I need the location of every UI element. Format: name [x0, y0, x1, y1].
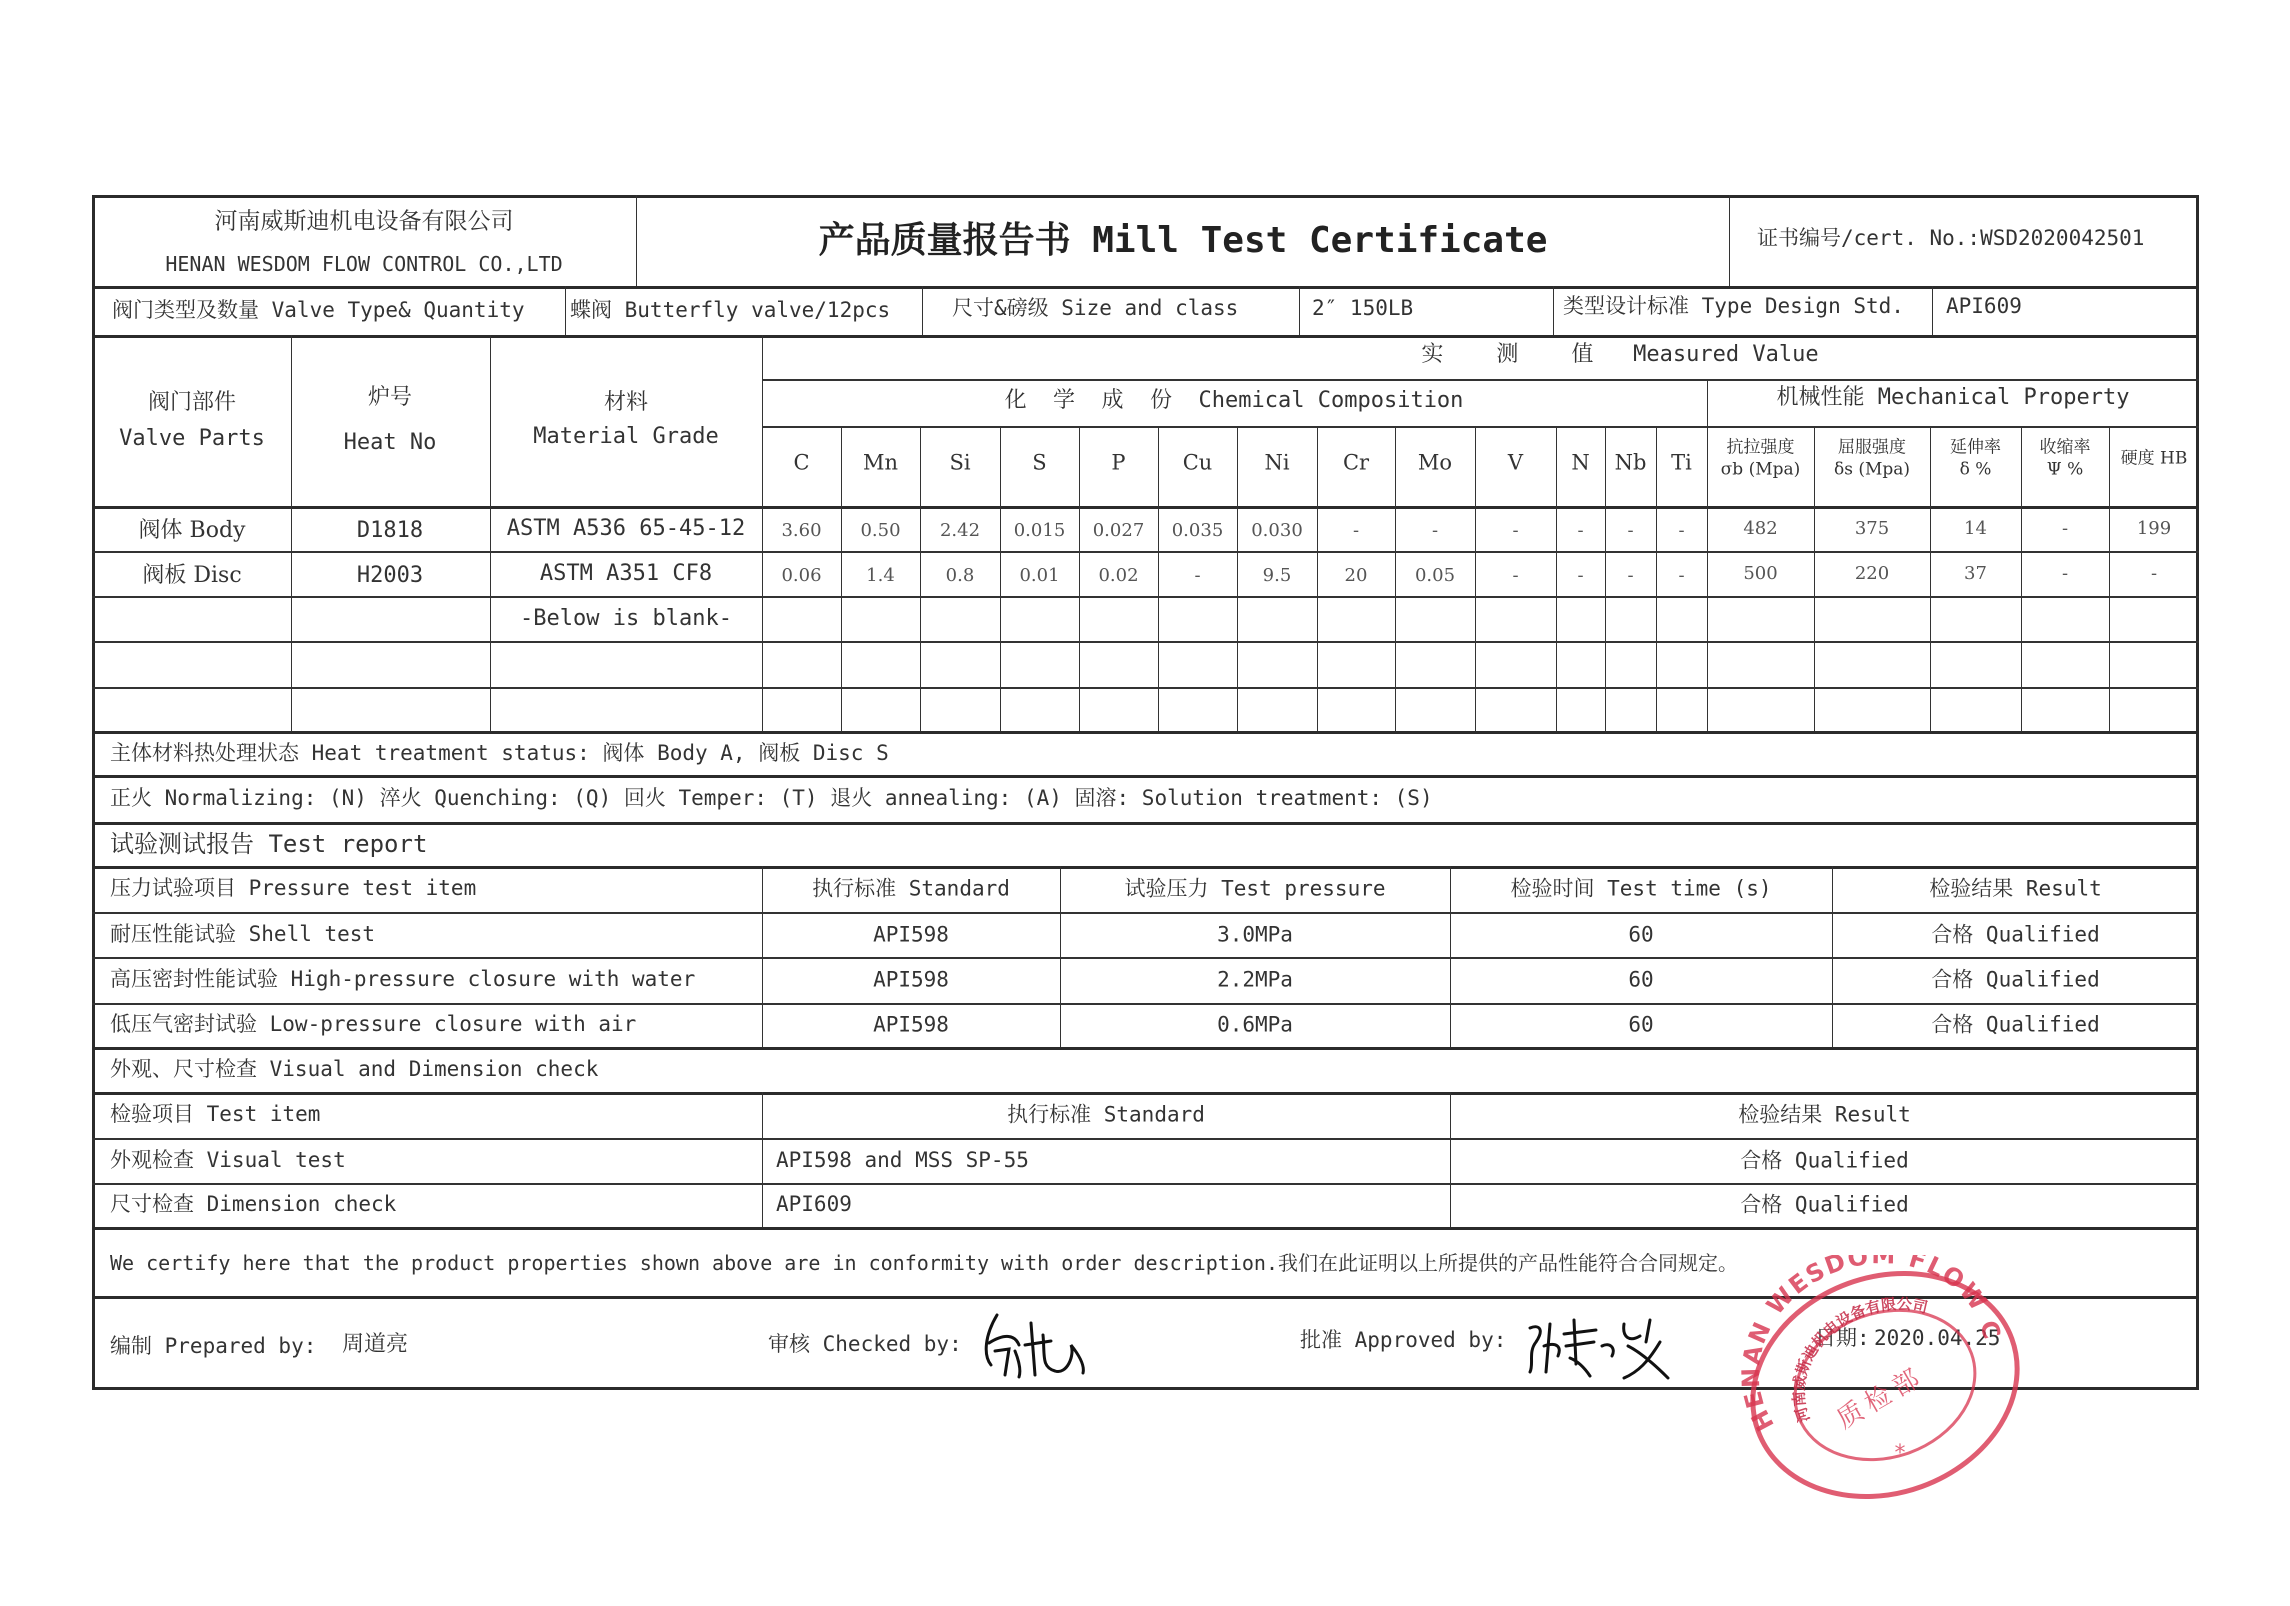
- chemical-composition-header: 化 学 成 份 Chemical Composition: [1005, 390, 1464, 412]
- chem-value: -: [1627, 522, 1633, 540]
- visual-test-item: 外观检查 Visual test: [110, 1150, 346, 1171]
- divider: [92, 1003, 2199, 1005]
- mech-header-line2: Ψ %: [2047, 462, 2083, 479]
- element-header: Si: [949, 453, 970, 474]
- chem-value: 3.60: [781, 522, 821, 540]
- divider: [1832, 866, 1833, 1047]
- element-header: Nb: [1615, 453, 1647, 474]
- divider: [92, 1047, 2199, 1050]
- divider: [92, 551, 2199, 553]
- valve-type-label: 阀门类型及数量 Valve Type& Quantity: [112, 300, 525, 321]
- divider: [762, 335, 763, 731]
- material-header-cn: 材料: [604, 392, 648, 414]
- valve-type-value: 蝶阀 Butterfly valve/12pcs: [570, 300, 890, 321]
- mill-test-certificate: 河南威斯迪机电设备有限公司 HENAN WESDOM FLOW CONTROL …: [0, 0, 2290, 1606]
- material-grade: -Below is blank-: [520, 608, 732, 630]
- pressure-header: 压力试验项目 Pressure test item: [110, 878, 476, 899]
- element-header: P: [1111, 453, 1125, 474]
- pressure-test-cell: 60: [1628, 1015, 1653, 1036]
- pressure-header: 试验压力 Test pressure: [1124, 879, 1385, 900]
- divider: [92, 1227, 2199, 1230]
- chem-value: 0.02: [1098, 567, 1138, 585]
- chem-value: 0.035: [1172, 522, 1224, 540]
- mech-header-line1: 屈服强度: [1838, 440, 1906, 457]
- divider: [1060, 866, 1061, 1047]
- heat-treatment-status: 主体材料热处理状态 Heat treatment status: 阀体 Body…: [110, 743, 889, 764]
- valve-part: 阀板 Disc: [142, 565, 241, 587]
- chem-value: -: [1353, 522, 1359, 540]
- element-header: Mo: [1418, 453, 1452, 474]
- divider: [92, 957, 2199, 959]
- divider: [1395, 426, 1396, 731]
- pressure-test-cell: API598: [873, 970, 949, 991]
- divider: [1450, 1092, 1451, 1227]
- pressure-header: 执行标准 Standard: [812, 879, 1010, 900]
- pressure-test-cell: 合格 Qualified: [1931, 1015, 2099, 1036]
- cert-number: 证书编号/cert. No.:WSD2020042501: [1757, 228, 2144, 249]
- mech-header-line2: δ %: [1960, 462, 1992, 479]
- mech-value: 482: [1743, 520, 1777, 538]
- element-header: Ni: [1264, 453, 1289, 474]
- element-header: Ti: [1671, 453, 1692, 474]
- pressure-test-cell: 0.6MPa: [1217, 1015, 1293, 1036]
- divider: [92, 866, 2199, 869]
- divider: [92, 596, 2199, 598]
- divider: [920, 426, 921, 731]
- divider: [1556, 426, 1557, 731]
- material-grade: ASTM A536 65-45-12: [507, 518, 745, 540]
- checked-by-label: 审核 Checked by:: [768, 1334, 962, 1355]
- pressure-test-cell: 2.2MPa: [1217, 970, 1293, 991]
- heat-number: D1818: [357, 520, 423, 542]
- divider: [1450, 866, 1451, 1047]
- company-name-cn: 河南威斯迪机电设备有限公司: [215, 211, 514, 234]
- chem-value: -: [1432, 522, 1438, 540]
- chem-value: 0.50: [860, 522, 900, 540]
- heat-number: H2003: [357, 565, 423, 587]
- design-std-value: API609: [1946, 296, 2022, 317]
- pressure-test-cell: 3.0MPa: [1217, 924, 1293, 945]
- divider: [92, 335, 2199, 338]
- divider: [762, 1092, 763, 1227]
- divider: [92, 1183, 2199, 1185]
- prepared-by-label: 编制 Prepared by:: [110, 1336, 316, 1357]
- pressure-test-cell: API598: [873, 1015, 949, 1036]
- size-value: 2″ 150LB: [1312, 298, 1413, 319]
- pressure-test-cell: 60: [1628, 924, 1653, 945]
- page-title: 产品质量报告书 Mill Test Certificate: [819, 223, 1548, 259]
- divider: [1299, 286, 1300, 335]
- divider: [1729, 195, 1730, 286]
- divider: [636, 195, 637, 286]
- divider: [1475, 426, 1476, 731]
- chem-value: 2.42: [940, 522, 980, 540]
- visual-test-result: 合格 Qualified: [1740, 1195, 1908, 1216]
- element-header: Mn: [863, 453, 898, 474]
- mech-header-line1: 延伸率: [1950, 440, 2001, 457]
- pressure-header: 检验时间 Test time (s): [1510, 879, 1771, 900]
- checked-by-signature: [975, 1305, 1115, 1385]
- design-std-label: 类型设计标准 Type Design Std.: [1563, 296, 1904, 317]
- visual-test-result: 合格 Qualified: [1740, 1150, 1908, 1171]
- mech-value: 500: [1743, 565, 1777, 583]
- divider: [762, 379, 2199, 381]
- heat-treatment-legend: 正火 Normalizing: (N) 淬火 Quenching: (Q) 回火…: [110, 788, 1433, 809]
- divider: [291, 335, 292, 731]
- chem-value: -: [1577, 567, 1583, 585]
- divider: [92, 775, 2199, 778]
- pressure-test-cell: 合格 Qualified: [1931, 970, 2099, 991]
- heat-no-header-en: Heat No: [344, 432, 437, 454]
- element-header: C: [793, 453, 809, 474]
- divider: [92, 641, 2199, 643]
- chem-value: -: [1678, 567, 1684, 585]
- chem-value: 20: [1345, 567, 1368, 585]
- mech-value: -: [2062, 565, 2068, 583]
- element-header: N: [1571, 453, 1589, 474]
- divider: [92, 912, 2199, 914]
- pressure-test-item: 高压密封性能试验 High-pressure closure with wate…: [110, 969, 695, 990]
- visual-test-item: 尺寸检查 Dimension check: [110, 1194, 396, 1215]
- divider: [1605, 426, 1606, 731]
- chem-value: -: [1194, 567, 1200, 585]
- mech-header-line2: σb (Mpa): [1721, 462, 1801, 479]
- valve-part: 阀体 Body: [139, 520, 246, 542]
- svg-text:*: *: [1895, 1441, 1906, 1466]
- divider: [1553, 286, 1554, 335]
- pressure-test-item: 低压气密封试验 Low-pressure closure with air: [110, 1014, 636, 1035]
- divider: [1158, 426, 1159, 731]
- divider: [92, 506, 2199, 509]
- chem-value: 1.4: [866, 567, 895, 585]
- approved-by-label: 批准 Approved by:: [1300, 1330, 1506, 1351]
- visual-test-standard: API609: [776, 1194, 852, 1215]
- divider: [2021, 426, 2022, 731]
- mech-header-line1: 收缩率: [2040, 440, 2091, 457]
- chem-value: -: [1512, 522, 1518, 540]
- mech-header-line1: 抗拉强度: [1727, 440, 1795, 457]
- visual-header: 检验项目 Test item: [110, 1104, 320, 1125]
- mechanical-property-header: 机械性能 Mechanical Property: [1777, 387, 2130, 409]
- pressure-test-cell: 合格 Qualified: [1931, 924, 2099, 945]
- divider: [1814, 426, 1815, 731]
- divider: [922, 286, 923, 335]
- divider: [92, 1092, 2199, 1095]
- valve-parts-header-en: Valve Parts: [119, 428, 265, 450]
- chem-value: 0.05: [1415, 567, 1455, 585]
- divider: [1930, 426, 1931, 731]
- divider: [1317, 426, 1318, 731]
- visual-header: 检验结果 Result: [1738, 1105, 1911, 1126]
- chem-value: -: [1627, 567, 1633, 585]
- svg-text:质检部: 质检部: [1832, 1361, 1930, 1435]
- mech-header: 硬度 HB: [2121, 451, 2188, 468]
- visual-header: 执行标准 Standard: [1007, 1105, 1205, 1126]
- chem-value: -: [1577, 522, 1583, 540]
- size-label: 尺寸&磅级 Size and class: [952, 298, 1238, 319]
- element-header: Cu: [1183, 453, 1213, 474]
- divider: [841, 426, 842, 731]
- chem-value: 0.030: [1251, 522, 1303, 540]
- divider: [762, 426, 2199, 428]
- material-header-en: Material Grade: [533, 426, 718, 448]
- company-name-en: HENAN WESDOM FLOW CONTROL CO.,LTD: [165, 254, 562, 274]
- mech-value: 199: [2137, 520, 2171, 538]
- chem-value: -: [1512, 567, 1518, 585]
- visual-test-standard: API598 and MSS SP-55: [776, 1150, 1029, 1171]
- chem-value: 0.8: [946, 567, 975, 585]
- divider: [92, 687, 2199, 689]
- chem-value: -: [1678, 522, 1684, 540]
- element-header: Cr: [1343, 453, 1369, 474]
- chem-value: 0.015: [1014, 522, 1066, 540]
- pressure-header: 检验结果 Result: [1929, 879, 2102, 900]
- mech-value: -: [2062, 520, 2068, 538]
- pressure-test-cell: 60: [1628, 970, 1653, 991]
- mech-value: -: [2151, 565, 2157, 583]
- divider: [2109, 426, 2110, 731]
- material-grade: ASTM A351 CF8: [540, 563, 712, 585]
- pressure-test-cell: API598: [873, 924, 949, 945]
- divider: [1707, 379, 1708, 731]
- divider: [762, 866, 763, 1047]
- divider: [92, 1138, 2199, 1140]
- mech-value: 14: [1964, 520, 1987, 538]
- measured-value-header: 实 测 值 Measured Value: [1421, 344, 1818, 366]
- divider: [92, 731, 2199, 734]
- divider: [1237, 426, 1238, 731]
- approved-by-signature: [1520, 1312, 1680, 1384]
- valve-parts-header-cn: 阀门部件: [148, 392, 236, 414]
- mech-value: 37: [1964, 565, 1987, 583]
- divider: [92, 286, 2199, 289]
- heat-no-header-cn: 炉号: [368, 387, 412, 409]
- pressure-test-item: 耐压性能试验 Shell test: [110, 924, 375, 945]
- prepared-by-name: 周道亮: [342, 1334, 408, 1356]
- mech-header-line2: δs (Mpa): [1834, 462, 1910, 479]
- divider: [565, 286, 566, 335]
- divider: [1656, 426, 1657, 731]
- chem-value: 0.01: [1019, 567, 1059, 585]
- chem-value: 0.06: [781, 567, 821, 585]
- visual-check-title: 外观、尺寸检查 Visual and Dimension check: [110, 1059, 598, 1080]
- certification-statement: We certify here that the product propert…: [110, 1253, 1738, 1273]
- test-report-title: 试验测试报告 Test report: [110, 832, 427, 856]
- divider: [92, 822, 2199, 825]
- divider: [1000, 426, 1001, 731]
- company-seal-stamp: HENAN WESDOM FLOW CONTROL CO.,LTD 河南威斯迪机…: [1735, 1255, 2035, 1505]
- element-header: V: [1508, 453, 1523, 474]
- chem-value: 0.027: [1093, 522, 1145, 540]
- element-header: S: [1032, 453, 1046, 474]
- mech-value: 220: [1855, 565, 1889, 583]
- divider: [490, 335, 491, 731]
- chem-value: 9.5: [1263, 567, 1292, 585]
- divider: [1932, 286, 1933, 335]
- mech-value: 375: [1855, 520, 1889, 538]
- divider: [1079, 426, 1080, 731]
